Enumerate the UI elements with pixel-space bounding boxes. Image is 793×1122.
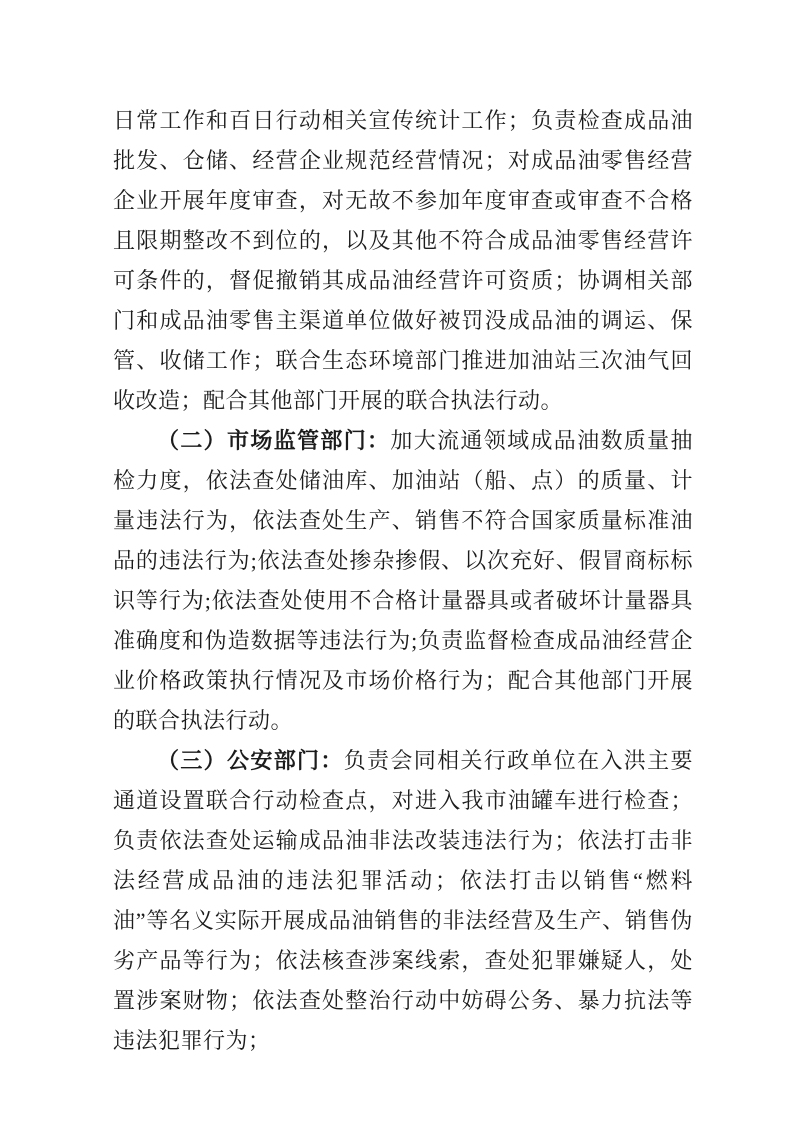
paragraph-text: 日常工作和百日行动相关宣传统计工作；负责检查成品油批发、仓储、经营企业规范经营情… — [113, 108, 693, 413]
document-content: 日常工作和百日行动相关宣传统计工作；负责检查成品油批发、仓储、经营企业规范经营情… — [113, 101, 693, 1061]
paragraph-market-regulation: （二）市场监管部门：加大流通领域成品油数质量抽检力度，依法查处储油库、加油站（船… — [113, 421, 693, 741]
paragraph-text: 负责会同相关行政单位在入洪主要通道设置联合行动检查点，对进入我市油罐车进行检查；… — [113, 748, 693, 1053]
document-page: 日常工作和百日行动相关宣传统计工作；负责检查成品油批发、仓储、经营企业规范经营情… — [0, 0, 793, 1122]
paragraph-text: 加大流通领域成品油数质量抽检力度，依法查处储油库、加油站（船、点）的质量、计量违… — [113, 428, 693, 733]
paragraph-continuation: 日常工作和百日行动相关宣传统计工作；负责检查成品油批发、仓储、经营企业规范经营情… — [113, 101, 693, 421]
paragraph-lead: （二）市场监管部门： — [157, 428, 390, 453]
paragraph-lead: （三）公安部门： — [157, 748, 344, 773]
paragraph-public-security: （三）公安部门：负责会同相关行政单位在入洪主要通道设置联合行动检查点，对进入我市… — [113, 741, 693, 1061]
